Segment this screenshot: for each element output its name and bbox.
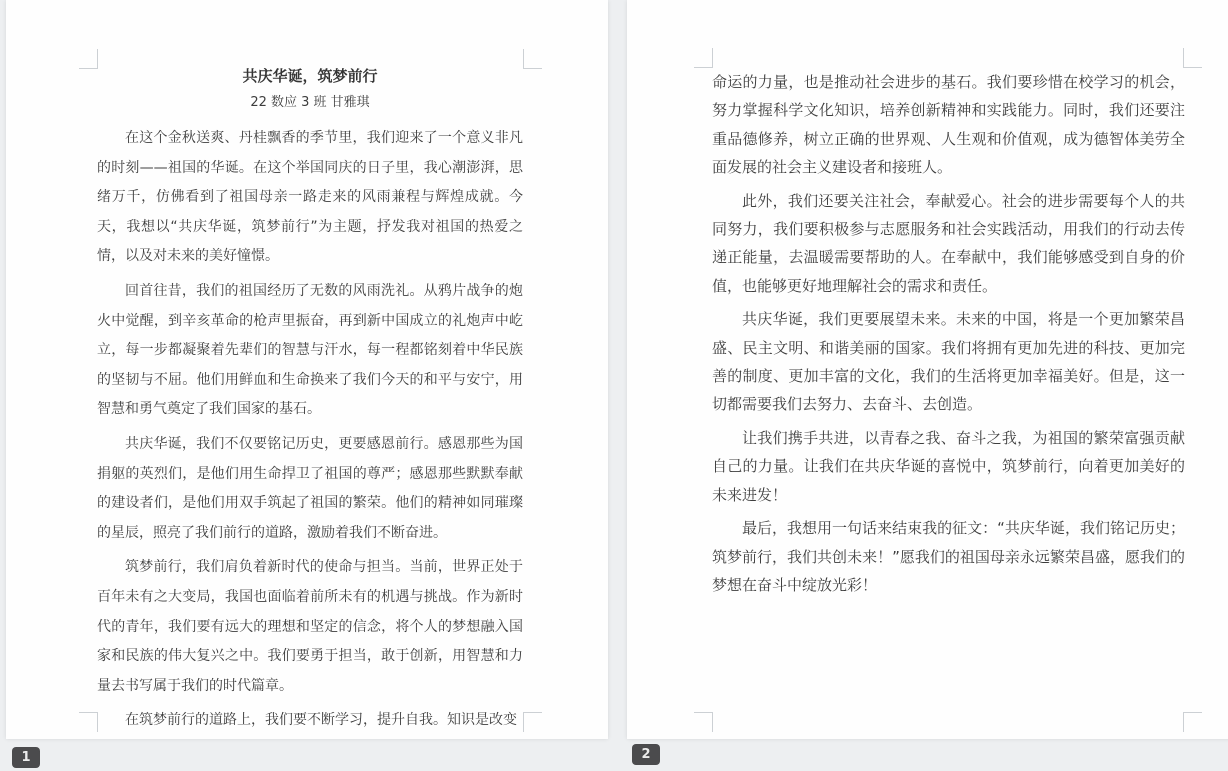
page-2-text-area: 命运的力量，也是推动社会进步的基石。我们要珍惜在校学习的机会，努力掌握科学文化知… [712, 68, 1185, 604]
essay-paragraph: 共庆华诞，我们更要展望未来。未来的中国，将是一个更加繁荣昌盛、民主文明、和谐美丽… [712, 305, 1185, 419]
essay-paragraph: 在这个金秋送爽、丹桂飘香的季节里，我们迎来了一个意义非凡的时刻——祖国的华诞。在… [97, 124, 523, 272]
essay-paragraph: 筑梦前行，我们肩负着新时代的使命与担当。当前，世界正处于百年未有之大变局，我国也… [97, 553, 523, 701]
two-page-document-view: 共庆华诞，筑梦前行 22 数应 3 班 甘雅琪 在这个金秋送爽、丹桂飘香的季节里… [0, 0, 1228, 771]
margin-corner-mark [1183, 48, 1202, 68]
essay-title: 共庆华诞，筑梦前行 [97, 64, 523, 88]
margin-corner-mark [523, 49, 542, 69]
essay-paragraph: 共庆华诞，我们不仅要铭记历史，更要感恩前行。感恩那些为国捐躯的英烈们，是他们用生… [97, 430, 523, 548]
margin-corner-mark [79, 712, 98, 732]
page-number-badge-2: 2 [632, 744, 660, 765]
margin-corner-mark [79, 49, 98, 69]
margin-corner-mark [523, 712, 542, 732]
margin-corner-mark [694, 712, 713, 732]
essay-author-line: 22 数应 3 班 甘雅琪 [97, 92, 523, 114]
essay-paragraph-continuation: 命运的力量，也是推动社会进步的基石。我们要珍惜在校学习的机会，努力掌握科学文化知… [712, 68, 1185, 182]
essay-paragraph: 最后，我想用一句话来结束我的征文：“共庆华诞，我们铭记历史；筑梦前行，我们共创未… [712, 514, 1185, 599]
essay-paragraph: 在筑梦前行的道路上，我们要不断学习，提升自我。知识是改变 [97, 706, 523, 736]
page-number-badge-1: 1 [12, 747, 40, 768]
essay-paragraph: 此外，我们还要关注社会，奉献爱心。社会的进步需要每个人的共同努力，我们要积极参与… [712, 187, 1185, 301]
essay-paragraph: 回首往昔，我们的祖国经历了无数的风雨洗礼。从鸦片战争的炮火中觉醒，到辛亥革命的枪… [97, 277, 523, 425]
essay-paragraph: 让我们携手共进，以青春之我、奋斗之我，为祖国的繁荣富强贡献自己的力量。让我们在共… [712, 424, 1185, 509]
margin-corner-mark [1183, 712, 1202, 732]
page-1-text-area: 共庆华诞，筑梦前行 22 数应 3 班 甘雅琪 在这个金秋送爽、丹桂飘香的季节里… [97, 64, 523, 741]
document-page-2: 命运的力量，也是推动社会进步的基石。我们要珍惜在校学习的机会，努力掌握科学文化知… [627, 0, 1228, 739]
margin-corner-mark [694, 48, 713, 68]
document-page-1: 共庆华诞，筑梦前行 22 数应 3 班 甘雅琪 在这个金秋送爽、丹桂飘香的季节里… [6, 0, 608, 739]
